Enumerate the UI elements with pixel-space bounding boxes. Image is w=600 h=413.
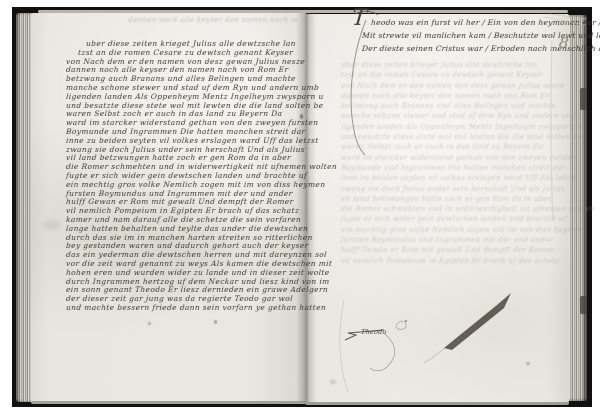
ink-speck <box>214 320 217 324</box>
verse-line: Mit strewte vil manlichen kam / Beschutz… <box>362 29 568 42</box>
stain <box>44 220 60 230</box>
showthrough-line: manche schone stewer und stad uf dem Ryn… <box>341 111 578 121</box>
fore-edge-tab <box>580 296 587 314</box>
showthrough-line: uber diese zeiten krieget Julius alle de… <box>341 60 578 70</box>
ink-speck <box>526 362 530 365</box>
ink-speck <box>148 322 151 325</box>
showthrough-line: Boymunde und Ingrammen Die hatten manche… <box>341 163 578 173</box>
showthrough-line: fugte er sich wider gein dewtschen lande… <box>341 214 578 224</box>
left-text-block: uber diese zeiten krieget Julius alle de… <box>66 40 300 313</box>
bottom-notation-text: Theodo <box>361 328 387 336</box>
manuscript-line: und machte bessern friede dann sein vorf… <box>66 304 301 313</box>
showthrough-line: ward im starcker widerstand gethan von d… <box>341 153 578 163</box>
showthrough-line: und besatzte diese stete wol mit lewten … <box>341 132 578 142</box>
fore-edge-tab <box>580 88 587 110</box>
showthrough-line: von Nach dem er den namen von desz gewan… <box>341 81 578 91</box>
showthrough-line: betzwang auch Branans und alles Belingen… <box>341 101 578 111</box>
showthrough-line: ligenden landen Als Oppenheym Mentz Inge… <box>341 122 578 132</box>
showthrough-line: fursten Boymundus und Ingrammen mit der … <box>341 235 578 245</box>
verse-block: heodo was ein furst vil her / Ein von de… <box>362 16 567 55</box>
showthrough-line: waren Selbst zoch er auch in das land zu… <box>341 142 578 152</box>
showthrough-line: zwang sie doch Julius under sein herscha… <box>341 184 578 194</box>
showthrough-line: dannen noch alle keyser den namen nach v… <box>128 15 298 25</box>
showthrough-line: die Romer schmehten und in widerwertigke… <box>341 204 578 214</box>
ink-speck <box>300 114 303 119</box>
left-fore-edge-stack <box>16 13 32 402</box>
showthrough-line: vil nemlich Pompeium in Egipten Er brach… <box>341 256 578 266</box>
stain <box>330 380 336 384</box>
showthrough-line: tzst an die romen Cesare zu dewtsch gena… <box>341 70 578 80</box>
verse-line: heodo was ein furst vil her / Ein von de… <box>362 16 568 29</box>
showthrough-line: dannen noch alle keyser den namen nach v… <box>341 91 578 101</box>
showthrough-line: hulff Gewan er Rom mit gewalt Und dempft… <box>341 245 578 255</box>
manuscript-photo: { "scene": { "background_color": "#fffff… <box>0 0 600 413</box>
showthrough-line: vil land betzwungen hatte zoch er gen Ro… <box>341 194 578 204</box>
left-page-showthrough: dannen noch alle keyser den namen nach v… <box>128 15 298 25</box>
showthrough-block: uber diese zeiten krieget Julius alle de… <box>341 60 577 266</box>
verse-line: Der dieste seinen Cristus war / Erboden … <box>362 42 568 55</box>
showthrough-line: ein mechtig gros volke Nemlich zogen mit… <box>341 225 578 235</box>
showthrough-line: inne zu beiden seyten vil volkes erslage… <box>341 173 578 183</box>
